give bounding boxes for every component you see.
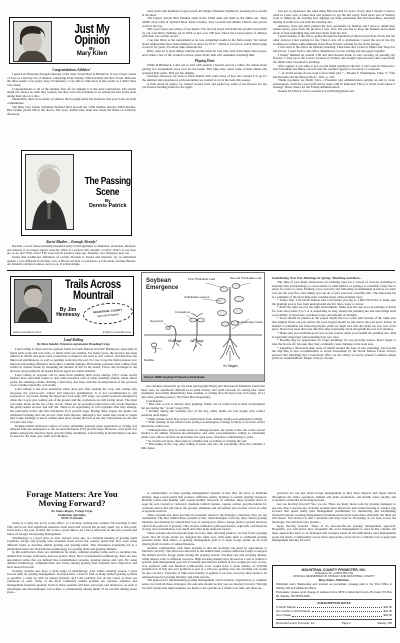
body-paragraph: Keep moving forward. There is no one-siz…	[272, 525, 396, 543]
passing-scene-header: The Passing Scene By Dennis Patrick	[21, 150, 132, 236]
stage-label: VE Stage	[168, 339, 182, 343]
diagram-label: Hypocotyl	[150, 319, 164, 323]
contact-line: Dennis M. Patrick can be contacted at ba…	[273, 90, 395, 94]
rate-price: $45.00	[383, 613, 392, 617]
masthead-info: Postmaster: please send change of addres…	[276, 591, 392, 598]
section3-column2: A commonality of these grazing managemen…	[142, 492, 267, 638]
section3-column1: Forage Matters: Are You Moving Forward? …	[7, 490, 137, 638]
diagram-label: Radicle	[144, 358, 154, 362]
forage-byline: By James Rogers, Forage Crops Production…	[7, 510, 137, 521]
jim-hennessy-photo	[14, 279, 52, 323]
body-paragraph: A commonality of these grazing managemen…	[142, 492, 267, 514]
just-my-opinion-title: Just My Opinion By Mary Kilen	[55, 18, 129, 63]
stage-label: VC Stage	[190, 339, 204, 343]
byline-text: NDSU Extension	[7, 517, 137, 521]
body-paragraph: * Trees should be planted at the proper …	[272, 317, 396, 332]
body-paragraph: * Applying a three-inch-deep layer of mu…	[272, 347, 396, 362]
body-paragraph: This time of year many landowners are pl…	[272, 281, 396, 299]
land-rolling-article: Land Rolling By Hans Kandel, Extension A…	[10, 336, 137, 478]
masthead-box: MOUNTRAIL COUNTY PROMOTER, INC. Publicat…	[272, 565, 396, 628]
passing-scene-body: Racist Blather – Enough Already! Racism,…	[7, 238, 136, 267]
section1-column2: relay team with members Logan Leach and …	[142, 10, 267, 266]
trails-website: www.mountrail.co.nd.us	[13, 331, 41, 334]
diagram-label: Cotyledonary Node	[237, 320, 263, 324]
stage-label: Vn Stages	[223, 364, 238, 368]
body-paragraph: Just got to experience the same thing Da…	[273, 10, 395, 25]
section3-column3: practices are not just about forage mana…	[272, 492, 396, 638]
rate-label: Out of State	[276, 613, 291, 617]
byline-author: Mary Kilen	[77, 51, 107, 58]
section2-column3: Establishing New Tree Plantings in Sprin…	[272, 276, 396, 482]
body-paragraph: Land rolling is often used in soybean fi…	[10, 348, 137, 373]
masthead-publisher: Mary Kilen, Publisher	[276, 578, 392, 582]
dotted-leader	[292, 616, 382, 617]
rolling-conclusions: and chickpea. Research on dry bean (and …	[141, 385, 265, 481]
section1-column1: Just My Opinion By Mary Kilen Congratula…	[7, 10, 136, 268]
body-paragraph: Another commonality with these systems i…	[142, 547, 267, 580]
trails-title: Trails Across Mountrail By Jim Hennessy …	[53, 278, 133, 330]
body-paragraph: These systems also must provide an econo…	[142, 514, 267, 532]
section2-column1: Trails Across Mountrail By Jim Hennessy …	[10, 276, 137, 482]
mary-kilen-photo	[13, 21, 52, 62]
body-paragraph: These systems also incorporate plant rec…	[142, 532, 267, 547]
masthead-footer: Mountrail County Promoter, Inc. Page 2 S…	[276, 619, 392, 625]
body-paragraph: I finally finished up around 3:00 and th…	[273, 54, 395, 65]
body-paragraph: A little about an injury: we walked arou…	[142, 83, 267, 90]
dennis-patrick-photo	[25, 154, 74, 230]
trails-email: jim@co.mountrail.nd.us	[103, 331, 131, 334]
rate-row: Out of State $45.00	[276, 613, 392, 617]
body-paragraph: Land rolling of soybean can be done from…	[10, 374, 137, 389]
section1-column3: Just got to experience the same thing Da…	[273, 10, 395, 266]
footer-city: Stanley, ND	[377, 621, 392, 625]
masthead-info: Published every Wednesday and entered as…	[276, 583, 392, 590]
diagram-label: Cotyledons	[175, 310, 191, 314]
newspaper-page: Just My Opinion By Mary Kilen Congratula…	[0, 0, 400, 643]
dotted-leader	[297, 607, 382, 608]
body-paragraph: Terminology is a good place to start. Se…	[7, 537, 137, 552]
body-paragraph: Rolling studies indicated control of low…	[10, 425, 137, 440]
article-byline: By Hans Kandel, Extension Agronomist Bro…	[10, 343, 137, 347]
headline-text: Moving Forward?	[7, 499, 137, 508]
diagram-label: Unifoliolate Leaves	[184, 295, 210, 299]
just-my-opinion-header: Just My Opinion By Mary Kilen	[9, 17, 130, 64]
body-paragraph: Riley went on to great things with his j…	[142, 50, 267, 57]
forage-continuation: practices are not just about forage mana…	[272, 492, 396, 562]
section2-column2: Soybean Emergence	[141, 272, 265, 482]
body-paragraph: I spent last Thursday through Saturday a…	[7, 73, 136, 88]
body-paragraph: * Harvesting of the crop after rolling i…	[141, 443, 265, 450]
passing-scene-title: The Passing Scene By Dennis Patrick	[77, 151, 136, 235]
footer-paper-name: Mountrail County Promoter, Inc.	[276, 621, 315, 625]
diagram-title: Emergence	[146, 285, 179, 291]
body-paragraph: Land rolling is the most beneficial when…	[10, 388, 137, 424]
body-paragraph: The approach to implementing grazing man…	[142, 579, 267, 590]
diagram-label: Second Trifoliolate Leaf	[230, 276, 262, 280]
headline-text: Scene	[96, 187, 119, 197]
body-paragraph: The Blue Jays' Drake Schreiner finished …	[7, 106, 136, 117]
body-paragraph: Today is a rainy day as far as the offic…	[7, 522, 137, 537]
body-paragraph: In this publication, there are definitio…	[7, 551, 137, 569]
headline-text: Mountrail	[73, 290, 113, 301]
trails-header: Trails Across Mountrail By Jim Hennessy …	[10, 276, 134, 336]
dotted-leader	[312, 611, 382, 612]
diagram-caption: Source: NDSU Soybean Production Field Gu…	[142, 374, 264, 381]
agency-stamp: MOUNTRAIL COUNTY Agricultural Agency	[82, 300, 134, 325]
body-paragraph: and chickpea. Research on dry bean (and …	[141, 385, 265, 400]
body-paragraph: * Although there may be stand losses or …	[141, 429, 265, 440]
body-paragraph: Grazing systems also have a wide range o…	[7, 570, 137, 595]
body-paragraph: Are we moving forward? Yes, we are. Ther…	[272, 503, 396, 525]
just-my-opinion-body: Congratulations Athletes! I spent last T…	[7, 66, 136, 146]
footer-page-number: Page 2	[342, 621, 351, 625]
body-paragraph: Under this traditional definition of rac…	[7, 256, 136, 267]
byline-author: Hennessy	[53, 313, 83, 318]
soybean-emergence-diagram: Soybean Emergence	[141, 272, 265, 382]
diagram-label: First Trifoliolate Leaf	[188, 277, 215, 281]
byline-author: Dennis Patrick	[89, 203, 126, 209]
forage-headline: Forage Matters: Are You Moving Forward?	[7, 490, 137, 508]
diagram-title: Soybean	[146, 278, 171, 284]
headline-text: Opinion	[74, 35, 110, 47]
